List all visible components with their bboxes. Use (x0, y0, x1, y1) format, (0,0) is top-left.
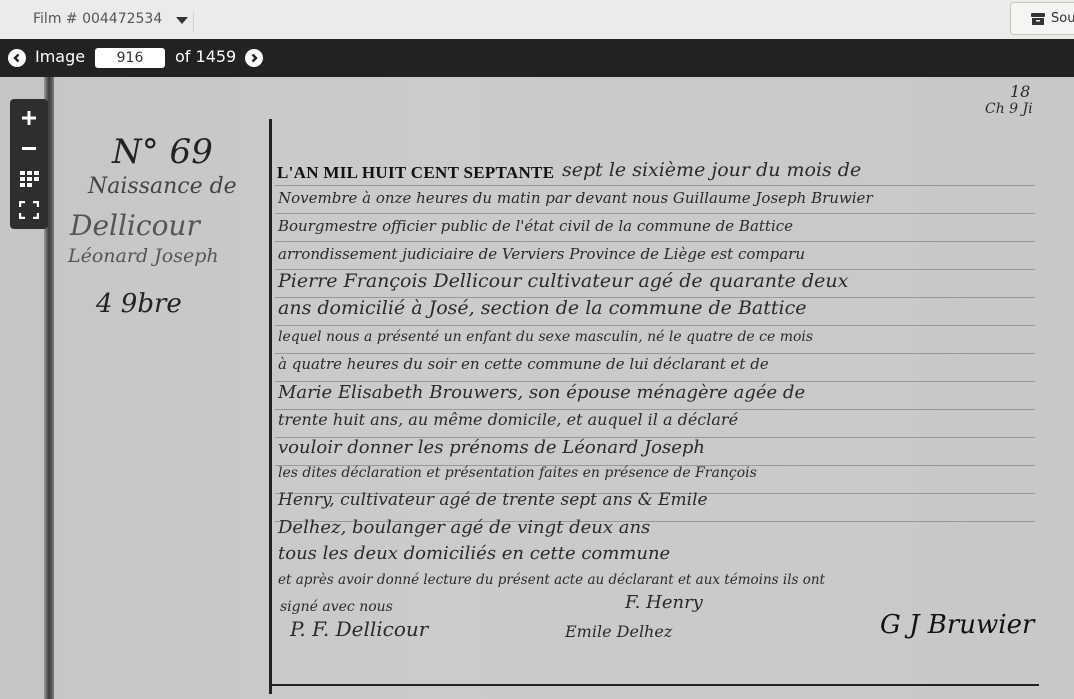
text-line-12: les dites déclaration et présentation fa… (278, 465, 757, 481)
signature-witness-delhez: Emile Delhez (565, 622, 672, 641)
chevron-down-icon (176, 17, 188, 24)
text-line-17: signé avec nous (280, 599, 393, 615)
fullscreen-icon (19, 201, 39, 219)
bottom-rule (269, 684, 1039, 686)
signature-witness-henry: F. Henry (625, 592, 703, 613)
text-line-7: lequel nous a présenté un enfant du sexe… (278, 329, 813, 345)
image-label: Image (35, 47, 85, 66)
image-navigation-bar: Image of 1459 (0, 39, 1074, 77)
margin-given-names: Léonard Joseph (68, 245, 219, 267)
printed-heading: L'AN MIL HUIT CENT SEPTANTE (277, 163, 554, 183)
text-line-5: Pierre François Dellicour cultivateur ag… (278, 270, 848, 292)
text-line-4: arrondissement judiciaire de Verviers Pr… (278, 245, 805, 263)
zoom-out-icon (22, 147, 36, 151)
chevron-right-circle-icon (249, 53, 259, 63)
text-line-6: ans domicilié à José, section de la comm… (278, 297, 807, 319)
text-line-16: et après avoir donné lecture du présent … (278, 572, 825, 588)
text-line-15: tous les deux domiciliés en cette commun… (278, 543, 670, 564)
divider (193, 12, 194, 32)
margin-date: 4 9bre (96, 289, 182, 319)
image-total: of 1459 (175, 47, 236, 66)
record-number: N° 69 (112, 132, 213, 172)
grid-view-button[interactable] (14, 165, 44, 193)
next-image-button[interactable] (245, 49, 263, 67)
text-line-8: à quatre heures du soir en cette commune… (278, 355, 769, 373)
source-label: Sou (1051, 11, 1074, 26)
film-selector[interactable]: Film # 004472534 (33, 11, 188, 27)
text-line-2: Novembre à onze heures du matin par deva… (278, 189, 873, 207)
top-bar: Film # 004472534 Sou (0, 0, 1074, 39)
fullscreen-button[interactable] (14, 196, 44, 224)
text-line-10: trente huit ans, au même domicile, et au… (278, 410, 738, 429)
margin-surname: Dellicour (70, 209, 200, 242)
image-number-input[interactable] (95, 48, 165, 68)
zoom-in-icon (22, 111, 36, 125)
text-line-9: Marie Elisabeth Brouwers, son épouse mén… (278, 382, 805, 403)
zoom-out-button[interactable] (14, 135, 44, 163)
text-line-11: vouloir donner les prénoms de Léonard Jo… (278, 437, 705, 458)
text-line-3: Bourgmestre officier public de l'état ci… (278, 217, 793, 235)
archive-box-icon (1031, 13, 1045, 25)
chevron-left-circle-icon (12, 53, 22, 63)
text-line-13: Henry, cultivateur agé de trente sept an… (278, 490, 708, 510)
previous-image-button[interactable] (8, 49, 26, 67)
film-number: Film # 004472534 (33, 11, 162, 27)
zoom-controls (10, 99, 48, 229)
frame-line (269, 119, 272, 694)
signature-declarant: P. F. Dellicour (290, 617, 428, 641)
corner-note-1: 18 (1010, 82, 1030, 101)
corner-note-2: Ch 9 Ji (985, 101, 1033, 117)
document-image: N° 69 Naissance de Dellicour Léonard Jos… (0, 77, 1074, 699)
signature-officer: G J Bruwier (880, 610, 1034, 640)
source-button[interactable]: Sou (1010, 2, 1074, 35)
margin-line-1: Naissance de (88, 174, 237, 199)
grid-view-icon (20, 171, 39, 187)
text-line-1: sept le sixième jour du mois de (562, 159, 861, 181)
text-line-14: Delhez, boulanger agé de vingt deux ans (278, 517, 650, 538)
zoom-in-button[interactable] (14, 104, 44, 132)
image-viewer[interactable]: N° 69 Naissance de Dellicour Léonard Jos… (0, 77, 1074, 699)
